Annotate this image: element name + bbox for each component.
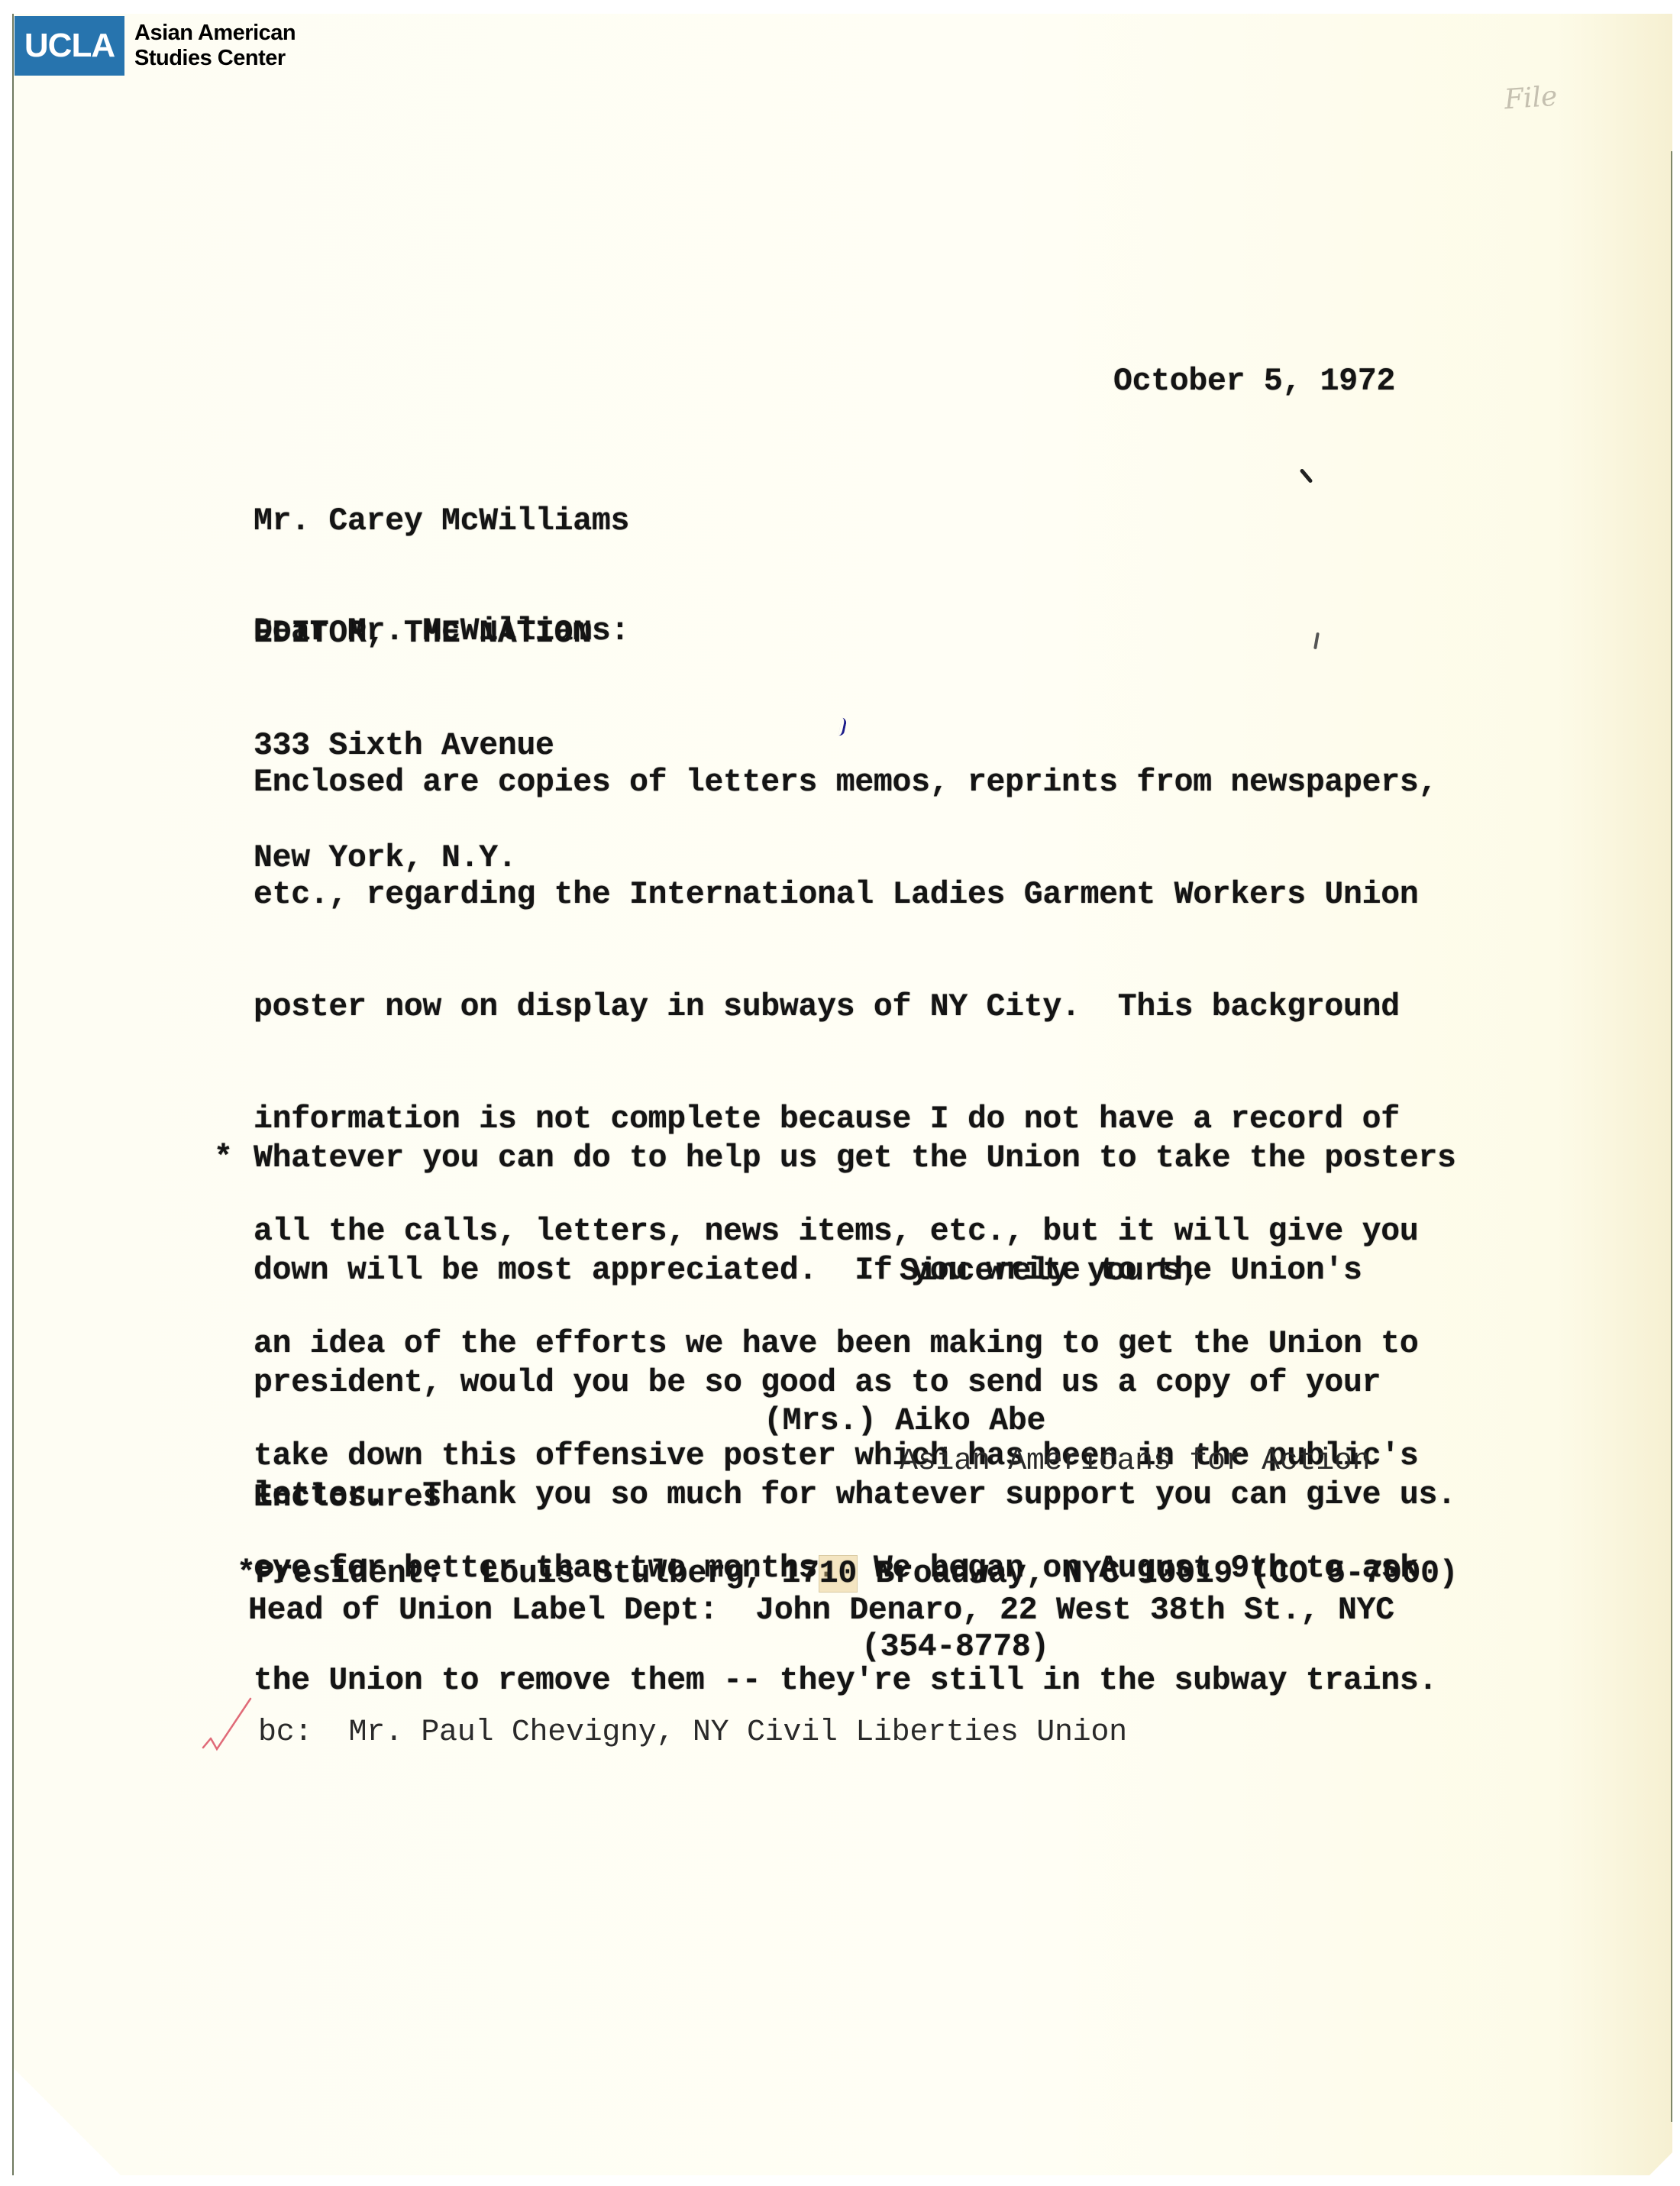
footnote-president: *President: Louis Stulberg, 1710 Broadwa… [237,1555,1458,1593]
body-line: president, would you be so good as to se… [254,1364,1456,1402]
letter-date: October 5, 1972 [1113,363,1395,400]
blind-copy-line: bc: Mr. Paul Chevigny, NY Civil Libertie… [258,1715,1127,1751]
enclosures-note: Enclosures [254,1479,441,1516]
body-line: down will be most appreciated. If you wr… [254,1252,1456,1289]
footnote-union-label-dept: Head of Union Label Dept: John Denaro, 2… [248,1592,1394,1629]
center-name-line1: Asian American [134,21,296,46]
closing: Sincerely yours, [900,1253,1200,1290]
body-line: poster now on display in subways of NY C… [254,988,1437,1026]
asterisk-footnote-marker: * [214,1140,233,1177]
footnote-union-phone: (354-8778) [861,1628,1049,1666]
salutation: Dear Mr. McWilliams: [254,613,629,650]
folded-corner-bottom-left [14,2068,121,2175]
body-line: the Union to remove them -- they're stil… [254,1662,1437,1699]
center-name-line2: Studies Center [134,46,296,71]
body-line: Enclosed are copies of letters memos, re… [254,764,1437,801]
footnote-president-suffix: Broadway, NYC 10019 (CO 5-7000) [857,1556,1458,1592]
signer-organization: Asian Americans for Action [900,1444,1370,1480]
center-name: Asian American Studies Center [134,21,296,71]
pencil-margin-note: File [1504,81,1559,116]
footnote-president-prefix: *President: Louis Stulberg, 17 [237,1556,819,1592]
highlighted-correction: 10 [819,1556,857,1592]
body-line: Whatever you can do to help us get the U… [254,1140,1456,1177]
folded-corner-bottom-right [1649,2152,1672,2175]
ucla-aasc-logo: UCLA Asian American Studies Center [15,16,296,76]
address-line: Mr. Carey McWilliams [254,503,629,540]
body-line: etc., regarding the International Ladies… [254,876,1437,914]
signer-name: (Mrs.) Aiko Abe [764,1402,1045,1440]
red-check-mark-icon [200,1696,255,1752]
ucla-badge: UCLA [15,16,124,76]
